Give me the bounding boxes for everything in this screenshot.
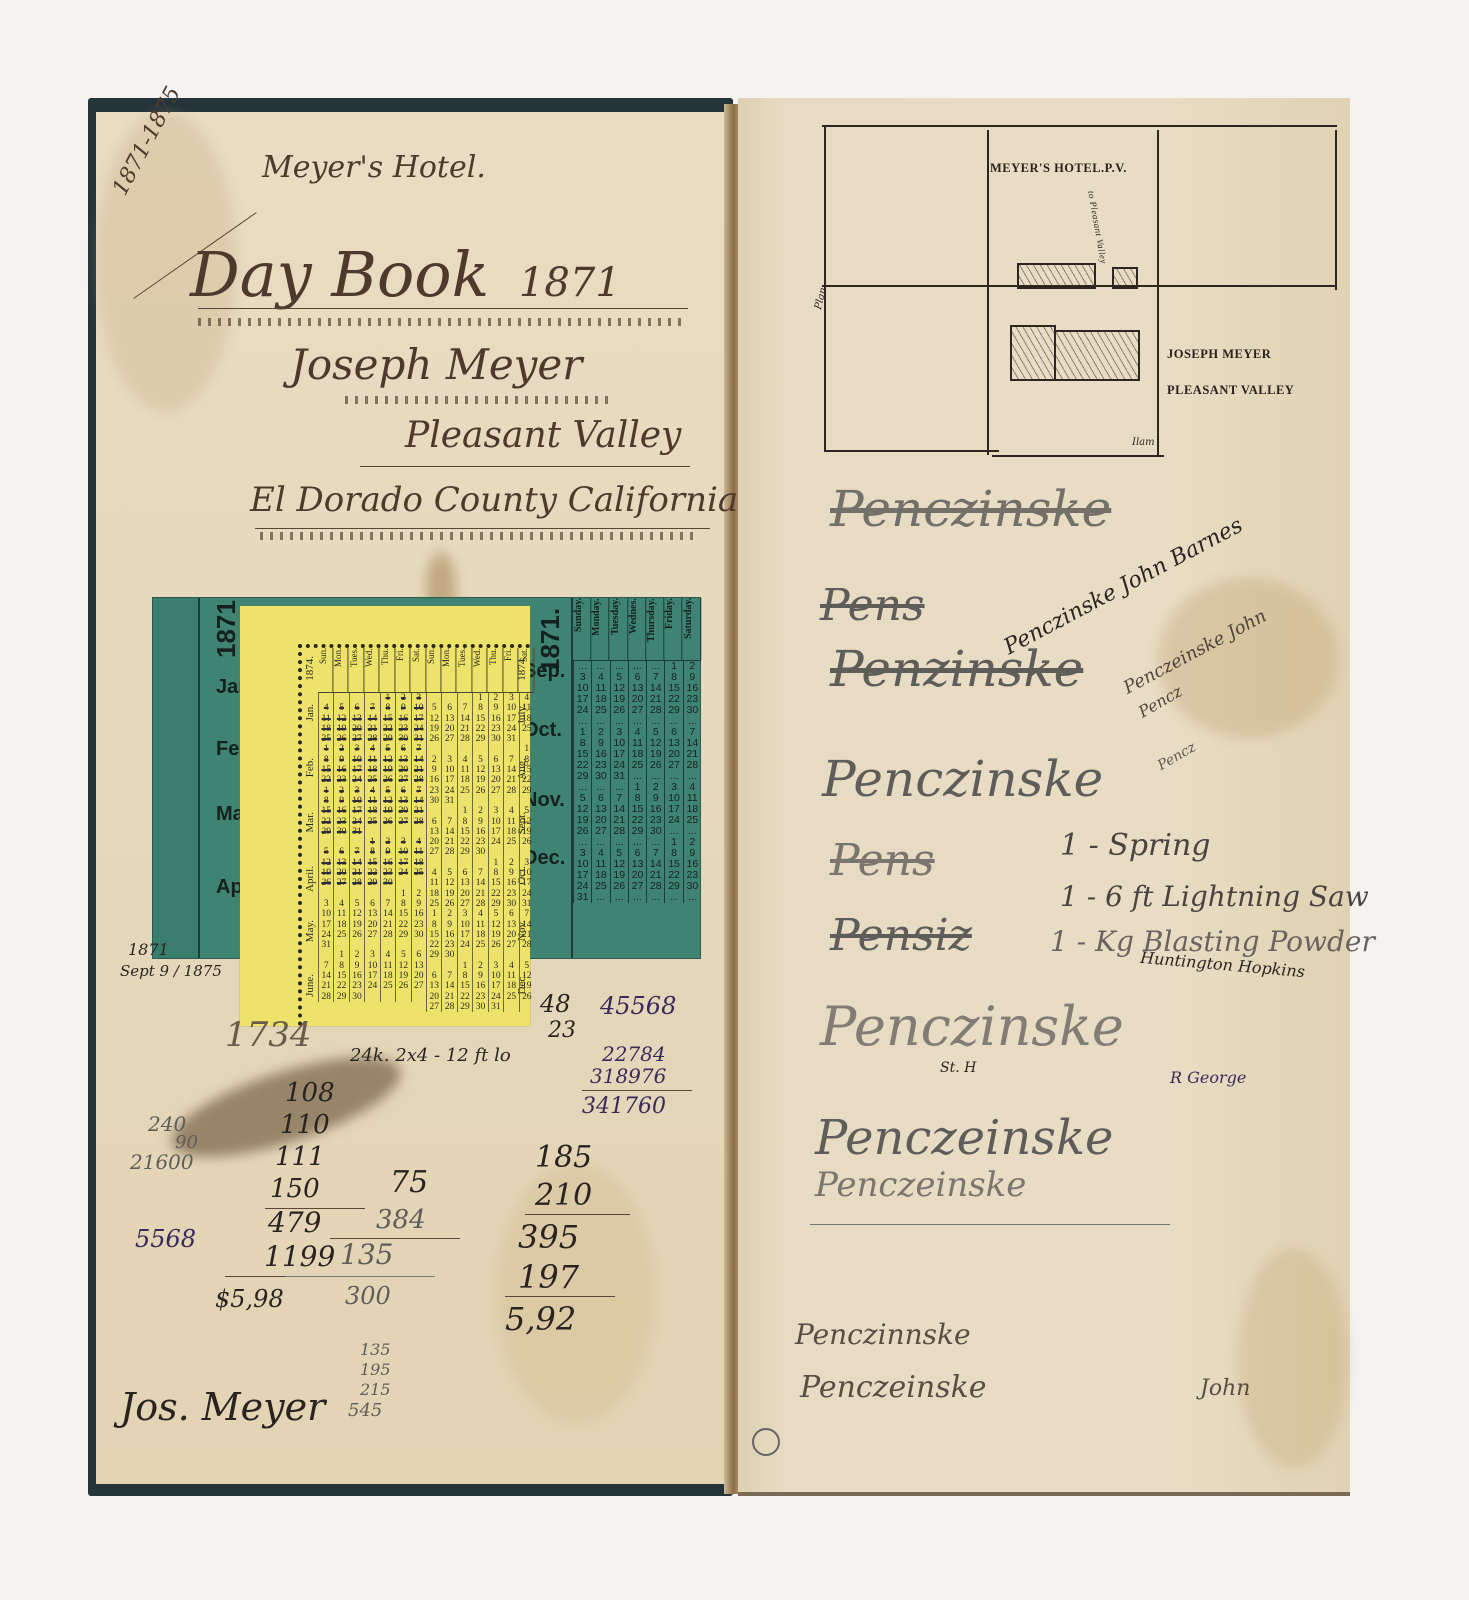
item-1: 1 - Spring [1060,828,1211,863]
col-b-1: 75 [390,1165,428,1200]
smudged-sum: 1734 [225,1015,312,1055]
col-b-4: 300 [345,1282,391,1310]
calc-23: 23 [548,1018,576,1043]
calendar-1874-year-left: 1874. [304,656,316,681]
calendar-week-row: 22232425262728 [318,817,426,827]
calendar-week-row: 12 [318,889,426,899]
calendar-week-row: 18192021222324 [318,724,426,734]
col-a-4: 150 [270,1174,320,1204]
calendar-month-label: June. [304,974,316,997]
calendar-week-row: 3456789 [318,899,426,909]
pencil-name-5: Pens [830,835,935,886]
calendar-week-row: 45678910 [426,868,534,878]
calendar-week-row: 1234567 [318,744,426,754]
calendar-week-row: 19202122232425 [426,724,534,734]
calendar-week-row: 123456 [318,950,426,960]
calendar-week-row: 9101112131415 [426,765,534,775]
map-place-label: PLEASANT VALLEY [1167,383,1294,398]
calendar-week-row: 23242526272829 [426,786,534,796]
calendar-week-row: 891011121314 [426,920,534,930]
col-a-1: 108 [285,1078,335,1108]
col-b-3: 135 [340,1238,393,1271]
calendar-week-row: 293031 [318,827,426,837]
col-c-total: 5,92 [505,1300,576,1338]
calendar-week-row: 10111213141516 [318,909,426,919]
calendar-week-row: 1234567 [426,909,534,919]
calendar-week-row: 21222324252627 [318,981,426,991]
calendar-week-row: 282930 [318,992,426,1002]
hotel-name: Meyer's Hotel. [262,150,486,185]
hotel-building-sketch [1017,263,1096,289]
violet-number: 5568 [135,1225,196,1253]
calendar-week-row: 12131415161718 [426,714,534,724]
calc-22784: 22784 [602,1042,666,1066]
calendar-week-row: 15161718192021 [426,930,534,940]
calendar-week-row: 123 [318,693,426,703]
map-hotel-label: MEYER'S HOTEL.P.V. [990,161,1127,176]
col-c-1: 185 [535,1140,592,1175]
owner-name: Joseph Meyer [290,340,582,389]
title-text: Day Book [190,238,489,311]
col-c-2: 210 [535,1178,592,1213]
calendar-1871-year-left: 1871 [211,600,242,658]
calendar-week-row: 14151617181920 [318,971,426,981]
calendar-week-row: 262728293031 [426,734,534,744]
calendar-week-row: 31.................. [573,892,701,903]
calendar-week-row: 891011121314 [318,796,426,806]
weekday-header: Wednes. [628,598,646,660]
calendar-week-row: 1234 [318,837,426,847]
barn-sketch-right [1054,330,1140,381]
pencil-name-2: Pens [820,580,925,631]
calendar-week-row: 891011121314 [318,755,426,765]
calendar-week-row: 567891011 [426,703,534,713]
calendar-week-row: 12345 [426,961,534,971]
outbuilding-sketch [1112,267,1138,289]
calendar-week-row: 27282930 [426,847,534,857]
weekday-header: Thursday. [646,598,664,660]
calendar-week-row: 22232425262728 [318,775,426,785]
calendar-1874: 1874. 1874. Jan.Feb.Mar.April.May.June. … [240,606,530,1026]
calendar-week-row: 45678910 [318,703,426,713]
calendar-month-label: Mar. [304,812,316,832]
col-c-4: 197 [518,1258,579,1296]
bottom-calc-3: 215 [360,1380,391,1399]
map-road-label: to Pleasant Valley [1086,190,1109,265]
margin-note-year: 1871 [128,940,169,959]
calendar-month-label: April. [304,866,316,892]
map-corner-note: Ilam [1132,437,1155,448]
calendar-week-row: 17181920212223 [318,920,426,930]
calendar-week-row: 22232425262728 [426,940,534,950]
barn-sketch-left [1010,325,1056,381]
calendar-week-row: 1 [426,744,534,754]
calendar-week-row: 16171819202122 [426,775,534,785]
calendar-week-row: 1234 [426,693,534,703]
calendar-week-row: 12345 [426,806,534,816]
scribble-note: St. H [940,1060,976,1076]
weekday-header: Sunday. [573,598,591,660]
calendar-week-row: 18192021222324 [426,889,534,899]
george-note: R George [1170,1068,1246,1087]
measure-note: 24k. 2x4 - 12 ft lo [350,1045,511,1066]
calendar-week-row: 567891011 [318,847,426,857]
calc-45568: 45568 [600,992,676,1020]
calendar-week-row: 12131415161718 [318,858,426,868]
item-2: 1 - 6 ft Lightning Saw [1060,880,1369,913]
pencil-name-1: Penczinske [830,480,1111,538]
col-c-3: 395 [518,1218,579,1256]
calendar-week-row: 24252627282930 [318,930,426,940]
title-year: 1871 [519,260,621,306]
map-owner-label: JOSEPH MEYER [1167,347,1271,362]
calc-48: 48 [540,990,571,1018]
bottom-calc-1: 135 [360,1340,391,1359]
calendar-week-row: 31 [318,940,426,950]
calendar-week-row: 2345678 [426,755,534,765]
calendar-week-row: 20212223242526 [426,992,534,1002]
margin-note: Sept 9 / 1875 [120,962,222,980]
county-name: El Dorado County California [250,480,738,520]
calendar-week-row: 25262728293031 [426,899,534,909]
calendar-week-row: 11121314151617 [318,714,426,724]
pencil-name-3: Penzinske [830,640,1083,698]
place-name: Pleasant Valley [405,415,681,456]
circle-sketch-icon [752,1428,780,1456]
signature: Jos. Meyer [120,1385,325,1429]
calendar-week-row: 19202122232425 [318,868,426,878]
calendar-week-row: 25262728293031 [318,734,426,744]
side-calc-3: 21600 [130,1150,194,1174]
pencil-name-6: Pensiz [830,910,972,961]
col-a-6: 1199 [264,1240,335,1273]
calendar-week-row: 2627282930 [318,878,426,888]
calendar-week-row: 6789101112 [426,817,534,827]
pencil-name-8: Penczeinske [815,1110,1113,1166]
calendar-week-row: 13141516171819 [426,981,534,991]
calendar-month-label: Feb. [304,758,316,777]
calc-341760: 341760 [582,1094,666,1119]
calendar-month-label: Jan. [304,704,316,721]
bottom-name-1: Penczinnske [795,1318,971,1351]
col-a-total: $5,98 [215,1285,284,1313]
calc-318976: 318976 [590,1064,666,1088]
bottom-calc-2: 195 [360,1360,391,1379]
col-a-3: 111 [275,1142,325,1172]
col-b-2: 384 [376,1205,426,1235]
calendar-week-row: 15161718192021 [318,765,426,775]
weekday-header: Friday. [664,598,682,660]
calendar-week-row: 2930 [426,950,534,960]
calendar-week-row: 11121314151617 [426,878,534,888]
col-a-5: 479 [268,1206,321,1239]
calendar-week-row: 15161718192021 [318,806,426,816]
calendar-week-row: 13141516171819 [426,827,534,837]
bottom-calc-4: 545 [348,1400,382,1421]
weekday-header: Monday. [591,598,609,660]
calendar-week-row: 2728293031 [426,1002,534,1012]
item-3: 1 - Kg Blasting Powder [1050,925,1375,958]
day-book-title: Day Book 1871 [190,238,621,311]
property-map: MEYER'S HOTEL.P.V. to Pleasant Valley JO… [822,125,1338,455]
weekday-header: Saturday. [683,598,701,660]
bottom-name-2: Penczeinske [800,1370,987,1405]
calendar-month-label: May. [304,920,316,942]
calendar-1871-grid: Sunday.Monday.Tuesday.Wednes.Thursday.Fr… [571,598,701,958]
calendar-week-row: 20212223242526 [426,837,534,847]
pencil-name-7: Penczinske [820,995,1124,1058]
pencil-name-9: Penczeinske [815,1165,1026,1205]
weekday-header: Tuesday. [610,598,628,660]
calendar-week-row: 1234567 [318,786,426,796]
col-a-2: 110 [280,1110,330,1140]
pencil-name-4: Penczinske [822,750,1103,808]
calendar-week-row: 123 [426,858,534,868]
calendar-week-row: 6789101112 [426,971,534,981]
calendar-week-row: 78910111213 [318,961,426,971]
bottom-note: John [1200,1376,1250,1401]
calendar-week-row: 3031 [426,796,534,806]
